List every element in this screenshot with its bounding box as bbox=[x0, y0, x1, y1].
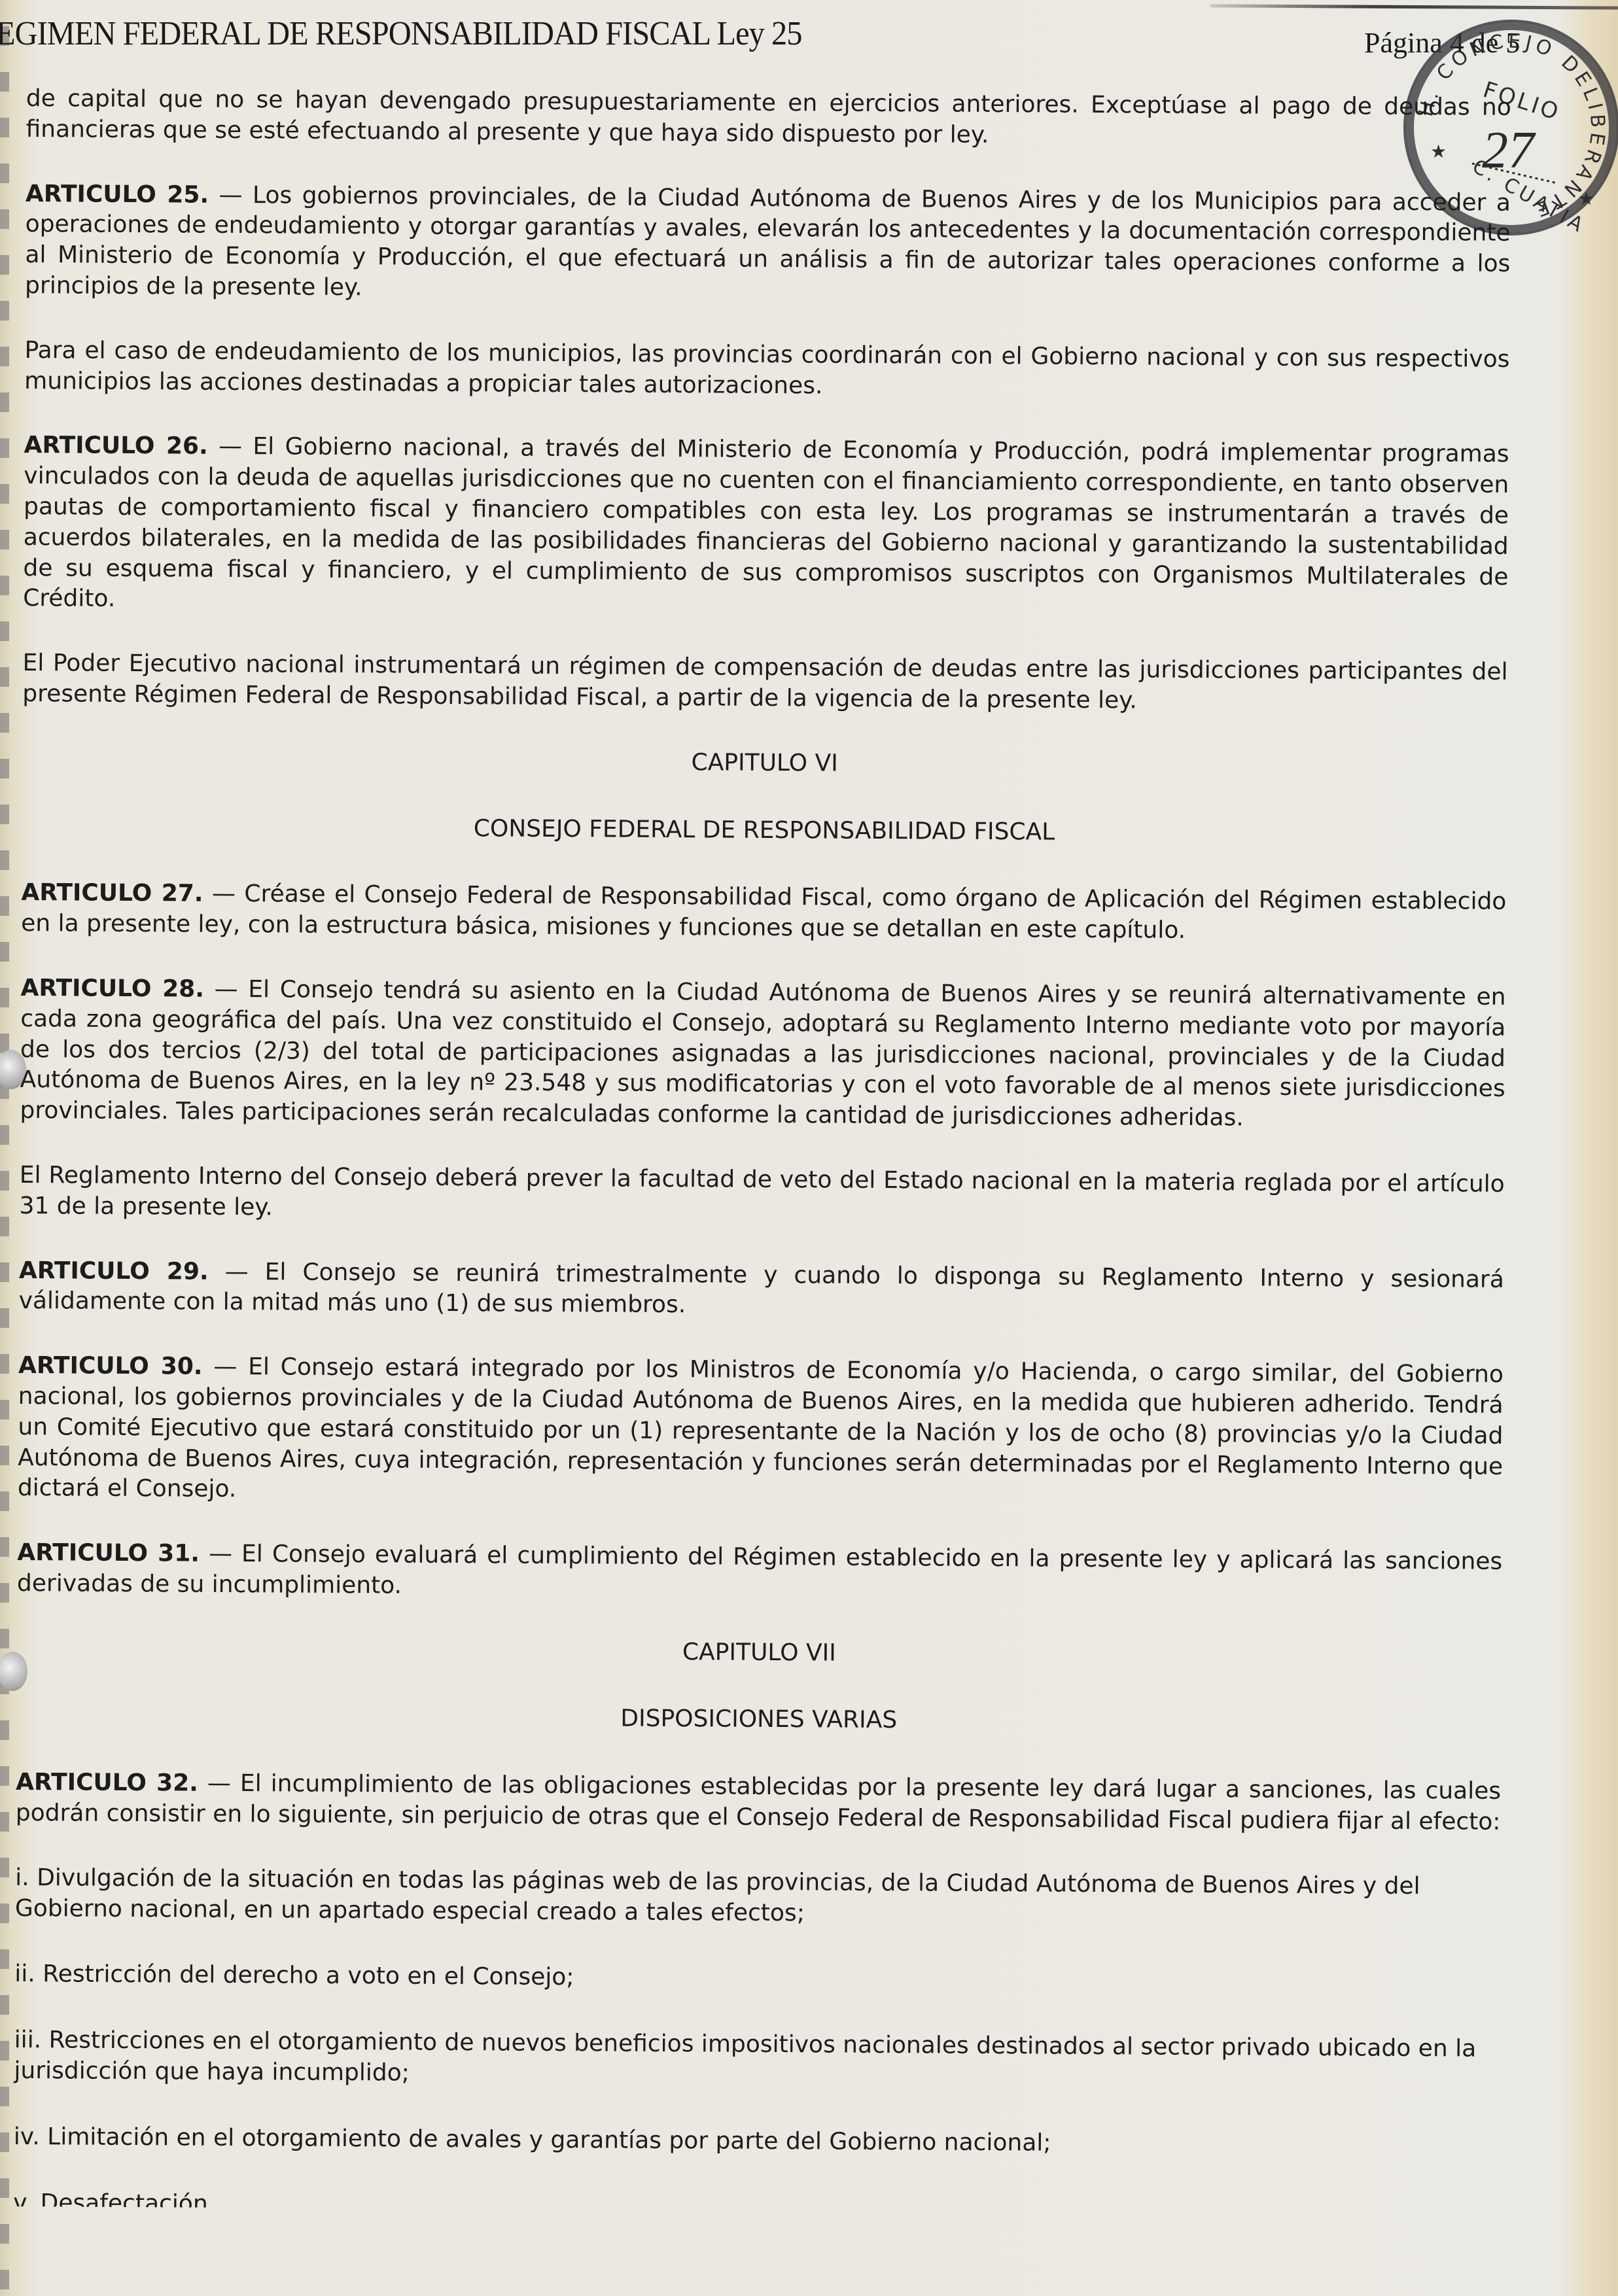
article-label: ARTICULO 32. bbox=[16, 1769, 198, 1797]
star-icon: ★ bbox=[1578, 188, 1594, 209]
article-label: ARTICULO 31. bbox=[17, 1539, 200, 1567]
article-32: ARTICULO 32. — El incumplimiento de las … bbox=[16, 1767, 1502, 1837]
article-28-paragraph-2: El Reglamento Interno del Consejo deberá… bbox=[19, 1160, 1505, 1230]
article-25-paragraph-2: Para el caso de endeudamiento de los mun… bbox=[24, 336, 1510, 406]
running-head: EGIMEN FEDERAL DE RESPONSABILIDAD FISCAL… bbox=[0, 14, 802, 53]
continuation-paragraph: de capital que no se hayan devengado pre… bbox=[26, 84, 1511, 154]
article-label: ARTICULO 28. bbox=[20, 975, 204, 1003]
chapter-number: CAPITULO VI bbox=[22, 744, 1507, 784]
binder-edge bbox=[0, 0, 9, 2296]
article-26-paragraph-2: El Poder Ejecutivo nacional instrumentar… bbox=[22, 648, 1508, 718]
article-label: ARTICULO 30. bbox=[18, 1352, 203, 1380]
sanction-item: v. Desafectación... bbox=[13, 2188, 1498, 2216]
chapter-title: CONSEJO FEDERAL DE RESPONSABILIDAD FISCA… bbox=[22, 811, 1507, 851]
article-29: ARTICULO 29. — El Consejo se reunirá tri… bbox=[18, 1255, 1504, 1325]
article-27: ARTICULO 27. — Créase el Consejo Federal… bbox=[21, 878, 1507, 948]
document-body: de capital que no se hayan devengado pre… bbox=[13, 84, 1511, 2250]
article-label: ARTICULO 27. bbox=[21, 879, 203, 907]
sanction-item: ii. Restricción del derecho a voto en el… bbox=[14, 1959, 1500, 1999]
header-rule bbox=[1210, 4, 1618, 9]
article-label: ARTICULO 29. bbox=[19, 1257, 209, 1285]
chapter-number: CAPITULO VII bbox=[16, 1633, 1502, 1673]
article-31: ARTICULO 31. — El Consejo evaluará el cu… bbox=[17, 1538, 1503, 1608]
article-30: ARTICULO 30. — El Consejo estará integra… bbox=[18, 1351, 1504, 1513]
article-label: ARTICULO 25. bbox=[26, 181, 209, 209]
article-26: ARTICULO 26. — El Gobierno nacional, a t… bbox=[23, 430, 1509, 623]
sanction-item: iii. Restricciones en el otorgamiento de… bbox=[14, 2025, 1500, 2095]
sanction-item: iv. Limitación en el otorgamiento de ava… bbox=[14, 2122, 1499, 2162]
article-28: ARTICULO 28. — El Consejo tendrá su asie… bbox=[20, 973, 1505, 1136]
chapter-title: DISPOSICIONES VARIAS bbox=[16, 1700, 1502, 1740]
sanction-item: i. Divulgación de la situación en todas … bbox=[15, 1863, 1501, 1933]
article-label: ARTICULO 26. bbox=[24, 432, 207, 460]
article-25: ARTICULO 25. — Los gobiernos provinciale… bbox=[25, 179, 1511, 311]
